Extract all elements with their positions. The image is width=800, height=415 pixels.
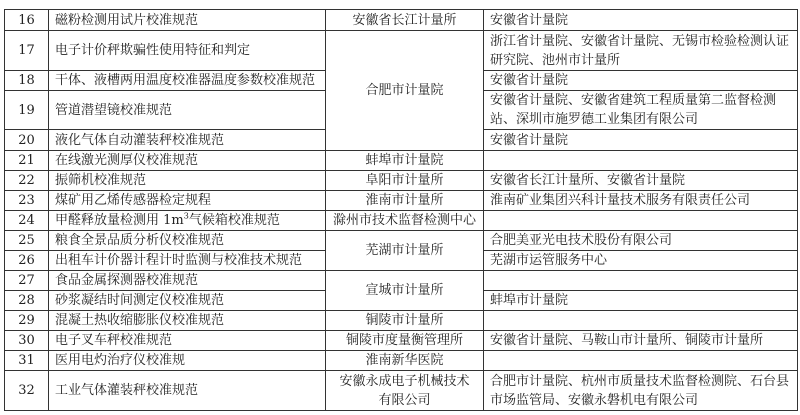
standard-name: 磁粉检测用试片校准规范 [49,10,326,31]
drafting-organization: 安徽省长江计量所 [326,10,484,31]
participating-organizations: 安徽省计量院 [484,71,798,91]
standard-name: 食品金属探测器校准规范 [49,271,326,291]
row-number: 27 [5,271,49,291]
standard-name: 工业气体灌装秤校准规范 [49,371,326,411]
participating-organizations-line: 市场监管局、安徽永磐机电有限公司 [490,391,791,410]
drafting-organization: 淮南市计量所 [326,191,484,211]
standard-name: 电子计价秤欺骗性使用特征和判定 [49,31,326,71]
participating-organizations [484,351,798,371]
standard-name: 在线激光测厚仪校准规范 [49,151,326,171]
participating-organizations: 安徽省计量院 [484,10,798,31]
row-number: 21 [5,151,49,171]
participating-organizations: 蚌埠市计量院 [484,291,798,311]
table-row: 17 电子计价秤欺骗性使用特征和判定 合肥市计量院 浙江省计量院、安徽省计量院、… [5,31,798,71]
row-number: 25 [5,231,49,251]
table-row: 29 混凝土热收缩膨胀仪校准规范 铜陵市计量所 [5,311,798,331]
standard-name: 管道潜望镜校准规范 [49,91,326,130]
participating-organizations: 合肥美亚光电技术股份有限公司 [484,231,798,251]
drafting-organization: 铜陵市度量衡管理所 [326,331,484,351]
row-number: 31 [5,351,49,371]
row-number: 23 [5,191,49,211]
standard-name: 煤矿用乙烯传感器检定规程 [49,191,326,211]
standard-name: 甲醛释放量检测用 1m3气候箱校准规范 [49,211,326,231]
row-number: 22 [5,171,49,191]
standard-name: 电子叉车秤校准规范 [49,331,326,351]
table-row: 27 食品金属探测器校准规范 宣城市计量所 [5,271,798,291]
participating-organizations: 淮南矿业集团兴科计量技术服务有限责任公司 [484,191,798,211]
participating-organizations: 安徽省计量院、马鞍山市计量所、铜陵市计量所 [484,331,798,351]
standard-name: 干体、液槽两用温度校准器温度参数校准规范 [49,71,326,91]
drafting-organization: 合肥市计量院 [326,31,484,151]
drafting-organization: 宣城市计量所 [326,271,484,311]
row-number: 32 [5,371,49,411]
row-number: 20 [5,130,49,151]
row-number: 30 [5,331,49,351]
table-row: 24 甲醛释放量检测用 1m3气候箱校准规范 滁州市技术监督检测中心 [5,211,798,231]
standard-name: 砂浆凝结时间测定仪校准规范 [49,291,326,311]
table-row: 23 煤矿用乙烯传感器检定规程 淮南市计量所 淮南矿业集团兴科计量技术服务有限责… [5,191,798,211]
table-row: 31 医用电灼治疗仪校准规 淮南新华医院 [5,351,798,371]
table-row: 16 磁粉检测用试片校准规范 安徽省长江计量所 安徽省计量院 [5,10,798,31]
row-number: 29 [5,311,49,331]
table-row: 32 工业气体灌装秤校准规范 安徽永成电子机械技术有限公司 合肥市计量院、杭州市… [5,371,798,411]
table-row: 21 在线激光测厚仪校准规范 蚌埠市计量院 [5,151,798,171]
standard-name-text: 气候箱校准规范 [189,213,280,228]
drafting-organization: 铜陵市计量所 [326,311,484,331]
table-row: 22 振筛机校准规范 阜阳市计量所 安徽省长江计量所、安徽省计量院 [5,171,798,191]
standard-name: 医用电灼治疗仪校准规 [49,351,326,371]
row-number: 26 [5,251,49,271]
participating-organizations [484,151,798,171]
row-number: 19 [5,91,49,130]
participating-organizations [484,271,798,291]
drafting-organization: 安徽永成电子机械技术有限公司 [326,371,484,411]
drafting-organization-line: 有限公司 [332,391,477,410]
standard-name: 混凝土热收缩膨胀仪校准规范 [49,311,326,331]
participating-organizations: 安徽省计量院、安徽省建筑工程质量第二监督检测站、深圳市施罗德工业集团有限公司 [484,91,798,130]
drafting-organization-line: 安徽永成电子机械技术 [332,372,477,391]
row-number: 24 [5,211,49,231]
drafting-organization: 蚌埠市计量院 [326,151,484,171]
standard-name: 液化气体自动灌装秤校准规范 [49,130,326,151]
participating-organizations: 合肥市计量院、杭州市质量技术监督检测院、石台县市场监管局、安徽永磐机电有限公司 [484,371,798,411]
table-row: 30 电子叉车秤校准规范 铜陵市度量衡管理所 安徽省计量院、马鞍山市计量所、铜陵… [5,331,798,351]
drafting-organization: 滁州市技术监督检测中心 [326,211,484,231]
row-number: 17 [5,31,49,71]
participating-organizations: 浙江省计量院、安徽省计量院、无锡市检验检测认证研究院、池州市计量所 [484,31,798,71]
drafting-organization: 芜湖市计量所 [326,231,484,271]
standard-name-text: 甲醛释放量检测用 1m [55,213,184,228]
participating-organizations [484,311,798,331]
participating-organizations: 芜湖市运管服务中心 [484,251,798,271]
standard-name: 振筛机校准规范 [49,171,326,191]
participating-organizations: 安徽省长江计量所、安徽省计量院 [484,171,798,191]
standard-name: 粮食全景品质分析仪校准规范 [49,231,326,251]
drafting-organization: 淮南新华医院 [326,351,484,371]
table-row: 25 粮食全景品质分析仪校准规范 芜湖市计量所 合肥美亚光电技术股份有限公司 [5,231,798,251]
drafting-organization: 阜阳市计量所 [326,171,484,191]
row-number: 28 [5,291,49,311]
standard-name: 出租车计价器计程计时监测与校准技术规范 [49,251,326,271]
participating-organizations [484,211,798,231]
row-number: 16 [5,10,49,31]
participating-organizations-line: 合肥市计量院、杭州市质量技术监督检测院、石台县 [490,372,791,391]
participating-organizations: 安徽省计量院 [484,130,798,151]
row-number: 18 [5,71,49,91]
standards-table: 16 磁粉检测用试片校准规范 安徽省长江计量所 安徽省计量院 17 电子计价秤欺… [4,9,798,411]
